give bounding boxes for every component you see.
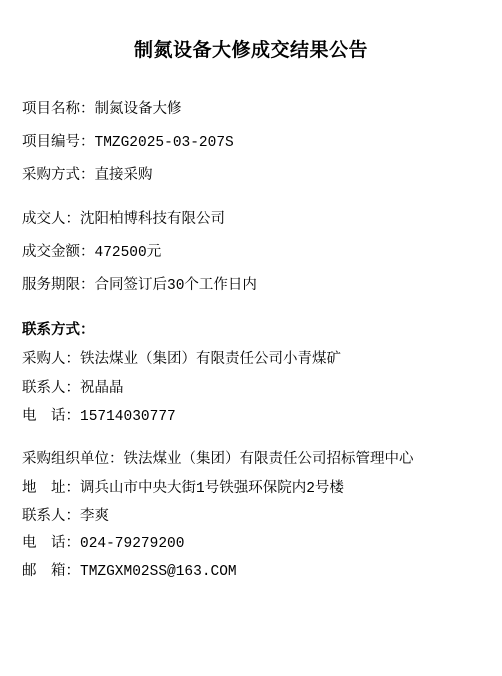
row-buyer-phone: 电 话：15714030777: [22, 409, 176, 426]
field-label: 项目编号：: [22, 135, 95, 151]
field-value: 15714030777: [80, 409, 176, 425]
field-value: 铁法煤业（集团）有限责任公司小青煤矿: [80, 352, 341, 368]
row-award-amount: 成交金额：472500元: [22, 245, 161, 262]
field-label: 采购人：: [22, 352, 80, 368]
row-buyer-contact-person: 联系人：祝晶晶: [22, 381, 124, 398]
row-organizer-address: 地 址：调兵山市中央大街1号铁强环保院内2号楼: [22, 481, 344, 498]
field-value: 沈阳柏博科技有限公司: [80, 212, 225, 228]
field-value: TMZGXM02SS@163.COM: [80, 564, 237, 580]
field-value: 472500元: [95, 245, 162, 261]
row-organizer-email: 邮 箱：TMZGXM02SS@163.COM: [22, 564, 237, 581]
row-organizer-unit: 采购组织单位：铁法煤业（集团）有限责任公司招标管理中心: [22, 452, 414, 469]
row-procurement-method: 采购方式：直接采购: [22, 168, 153, 185]
field-label: 服务期限：: [22, 278, 95, 294]
field-value: 铁法煤业（集团）有限责任公司招标管理中心: [124, 452, 414, 468]
field-label: 项目名称：: [22, 102, 95, 118]
heading-contact-info: 联系方式：: [22, 323, 95, 340]
field-value: 祝晶晶: [80, 381, 124, 397]
field-value: 直接采购: [95, 168, 153, 184]
field-label: 邮 箱：: [22, 564, 80, 580]
field-value: 李爽: [80, 509, 109, 525]
field-value: 制氮设备大修: [95, 102, 182, 118]
field-label: 电 话：: [22, 409, 80, 425]
field-label: 采购方式：: [22, 168, 95, 184]
field-label: 采购组织单位：: [22, 452, 124, 468]
field-value: TMZG2025-03-207S: [95, 135, 234, 151]
field-value: 024-79279200: [80, 536, 184, 552]
row-winner: 成交人：沈阳柏博科技有限公司: [22, 212, 225, 229]
row-buyer: 采购人：铁法煤业（集团）有限责任公司小青煤矿: [22, 352, 341, 369]
row-project-number: 项目编号：TMZG2025-03-207S: [22, 135, 234, 152]
row-project-name: 项目名称：制氮设备大修: [22, 102, 182, 119]
field-label: 电 话：: [22, 536, 80, 552]
field-label: 地 址：: [22, 481, 80, 497]
row-organizer-phone: 电 话：024-79279200: [22, 536, 184, 553]
field-label: 成交人：: [22, 212, 80, 228]
field-label: 联系人：: [22, 509, 80, 525]
document-page: 制氮设备大修成交结果公告 项目名称：制氮设备大修 项目编号：TMZG2025-0…: [0, 0, 502, 676]
field-value: 调兵山市中央大街1号铁强环保院内2号楼: [80, 481, 344, 497]
row-service-period: 服务期限：合同签订后30个工作日内: [22, 278, 257, 295]
field-value: 合同签订后30个工作日内: [95, 278, 257, 294]
field-label: 联系人：: [22, 381, 80, 397]
row-organizer-contact-person: 联系人：李爽: [22, 509, 109, 526]
field-label: 成交金额：: [22, 245, 95, 261]
document-title: 制氮设备大修成交结果公告: [0, 39, 502, 63]
